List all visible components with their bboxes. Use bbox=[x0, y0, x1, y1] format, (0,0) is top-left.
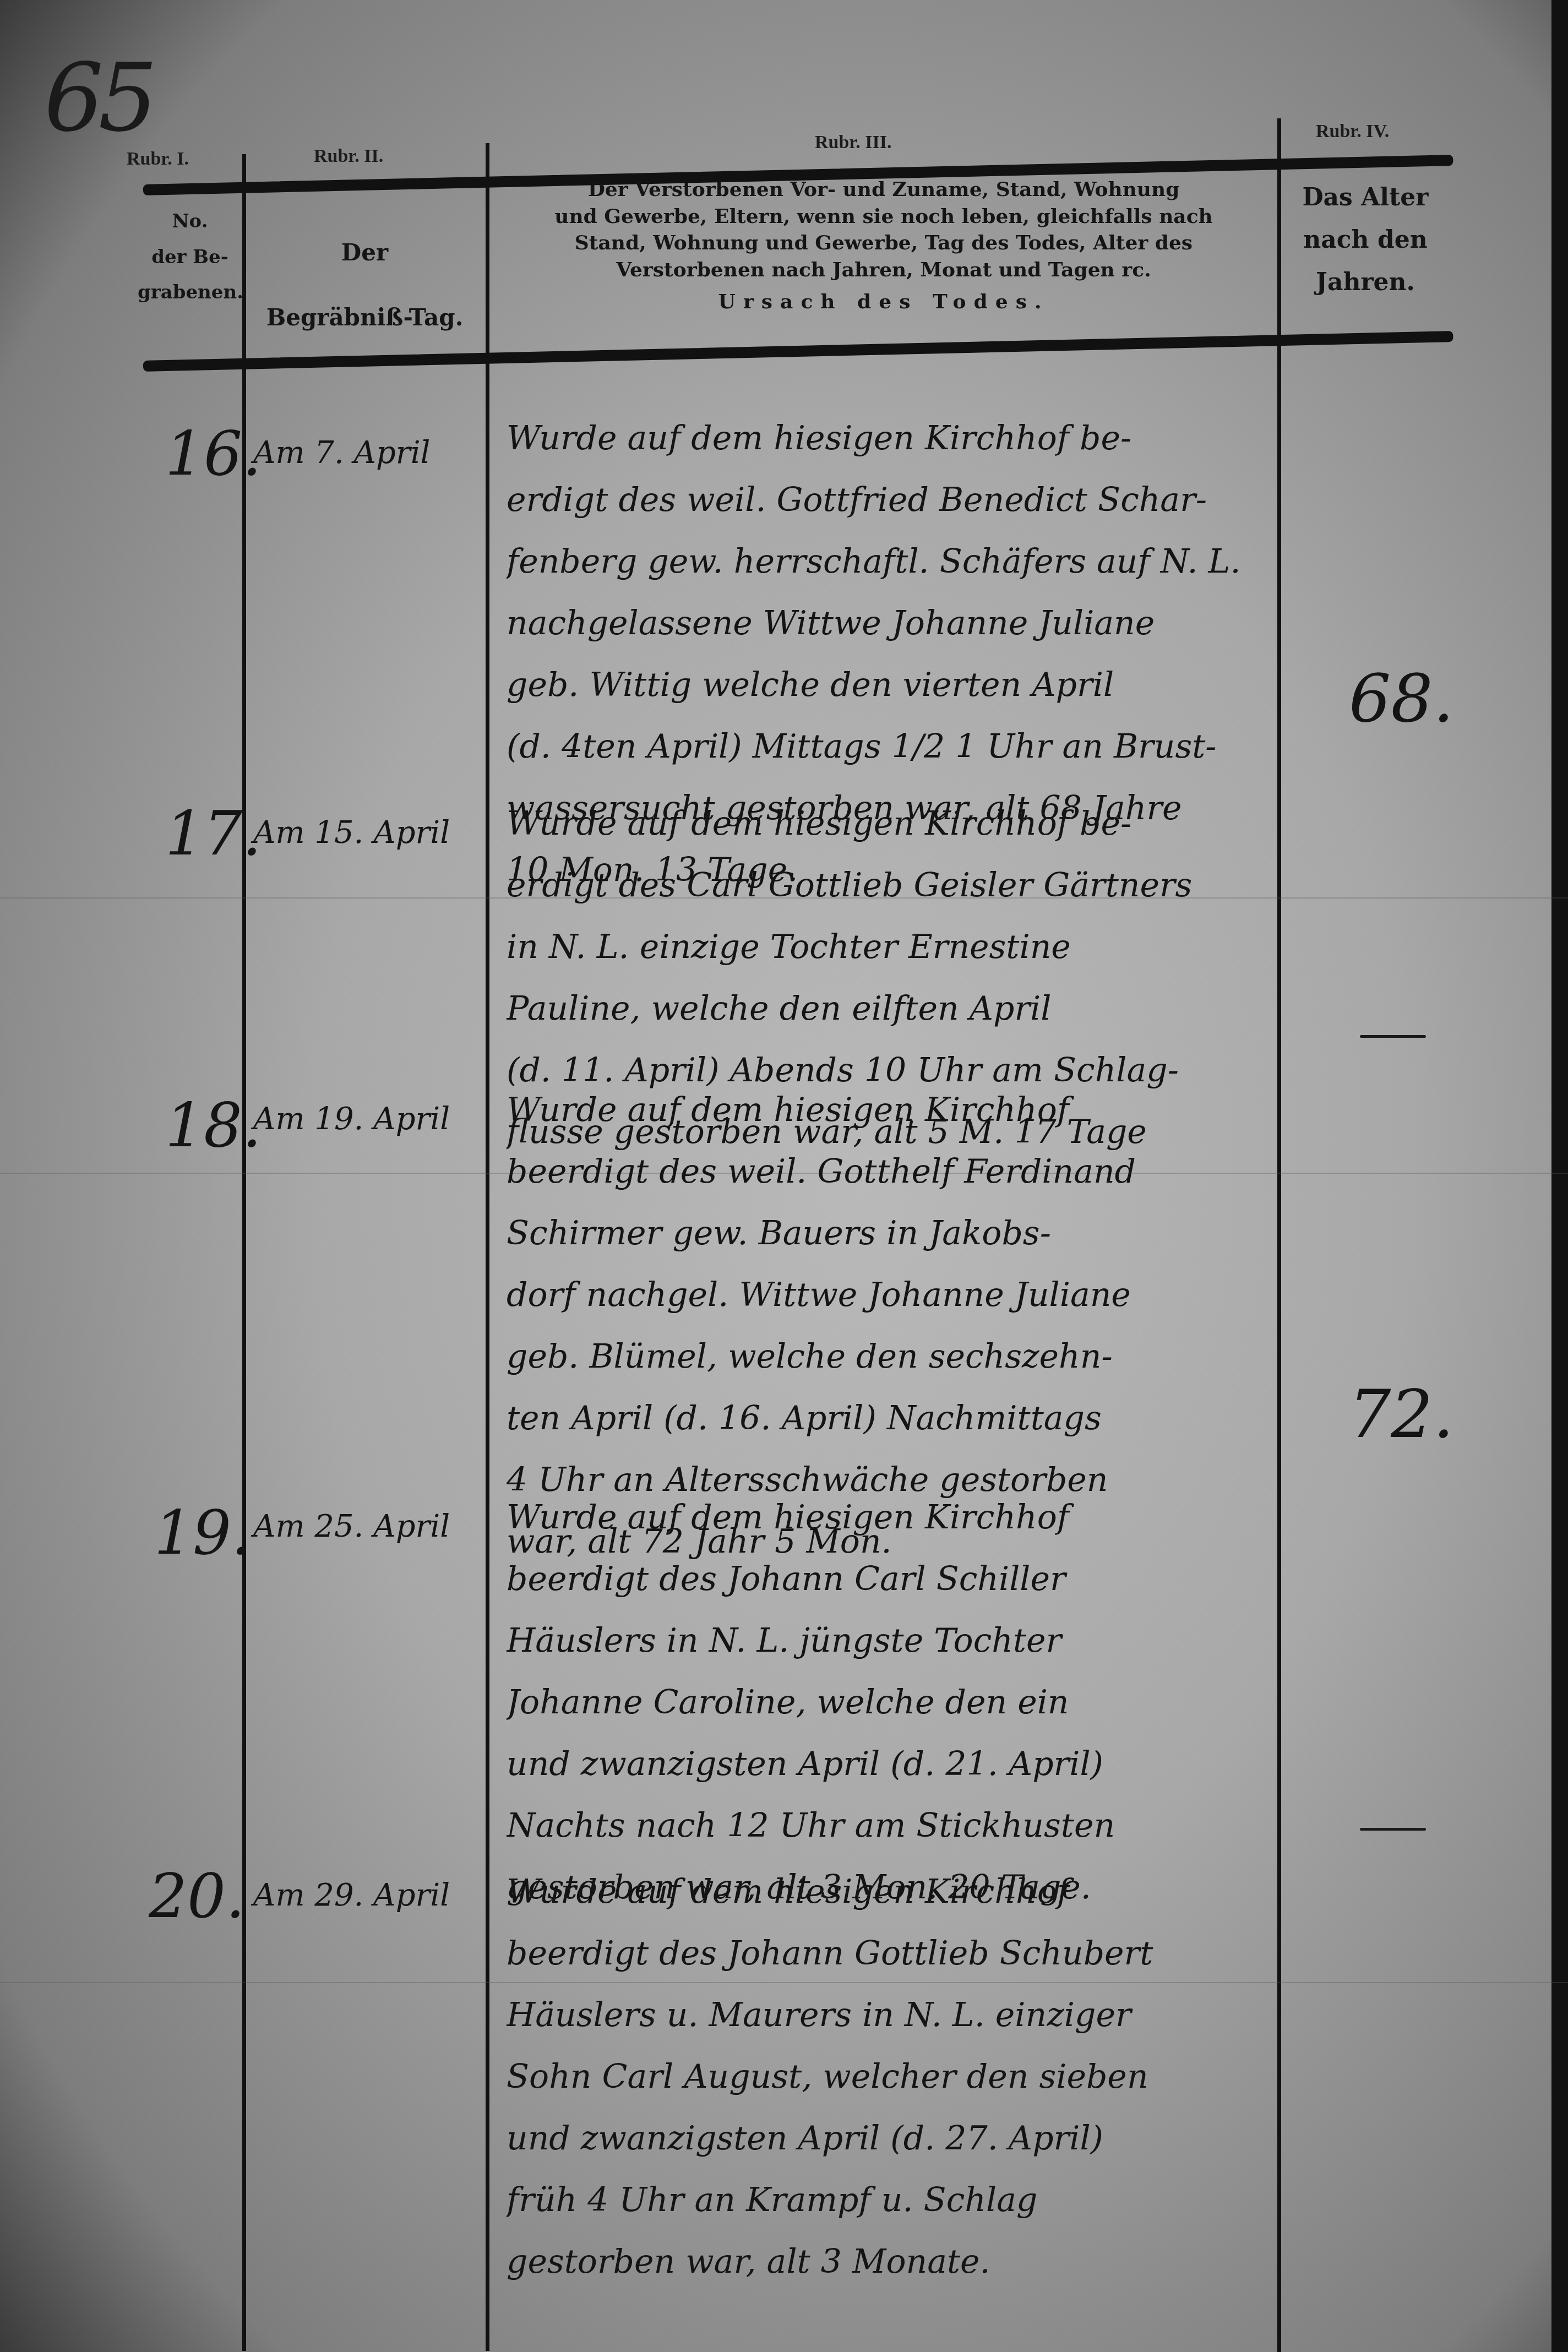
entry-burial-date: Am 15. April bbox=[253, 815, 450, 851]
entry-age: 72. bbox=[1349, 1376, 1454, 1453]
entry-number: 16. bbox=[165, 418, 262, 489]
entry-age-dash bbox=[1360, 1828, 1426, 1831]
header-col-age: Das Alter nach den Jahren. bbox=[1283, 176, 1448, 303]
folio-number: 65 bbox=[44, 44, 152, 153]
entry-number: 19. bbox=[154, 1498, 251, 1568]
entry-age-dash bbox=[1360, 1035, 1426, 1038]
entry-description: Wurde auf dem hiesigen Kirchhof beerdigt… bbox=[507, 1487, 1299, 1918]
page-edge bbox=[1551, 0, 1568, 2352]
register-page: 65 Rubr. I. Rubr. II. Rubr. III. Rubr. I… bbox=[0, 0, 1568, 2352]
entry-burial-date: Am 7. April bbox=[253, 435, 430, 471]
entry-description: Wurde auf dem hiesigen Kirchhof beerdigt… bbox=[507, 1861, 1299, 2293]
header-col-description: Der Verstorbenen Vor- und Zuname, Stand,… bbox=[498, 176, 1269, 315]
header-col-burial-date: Der Begräbniß-Tag. bbox=[245, 220, 484, 350]
entry-burial-date: Am 29. April bbox=[253, 1877, 450, 1913]
rubric-2-label: Rubr. II. bbox=[314, 146, 383, 167]
column-divider-2 bbox=[486, 143, 489, 2351]
entry-age: 68. bbox=[1349, 661, 1454, 737]
entry-burial-date: Am 19. April bbox=[253, 1101, 450, 1137]
entry-burial-date: Am 25. April bbox=[253, 1509, 450, 1544]
entry-number: 20. bbox=[149, 1861, 245, 1931]
entry-number: 17. bbox=[165, 798, 262, 869]
rubric-1-label: Rubr. I. bbox=[127, 149, 189, 170]
header-col-number: No. der Be- grabenen. bbox=[138, 204, 242, 311]
entry-number: 18. bbox=[165, 1090, 262, 1161]
rubric-3-label: Rubr. III. bbox=[815, 132, 892, 153]
rubric-4-label: Rubr. IV. bbox=[1316, 121, 1389, 142]
